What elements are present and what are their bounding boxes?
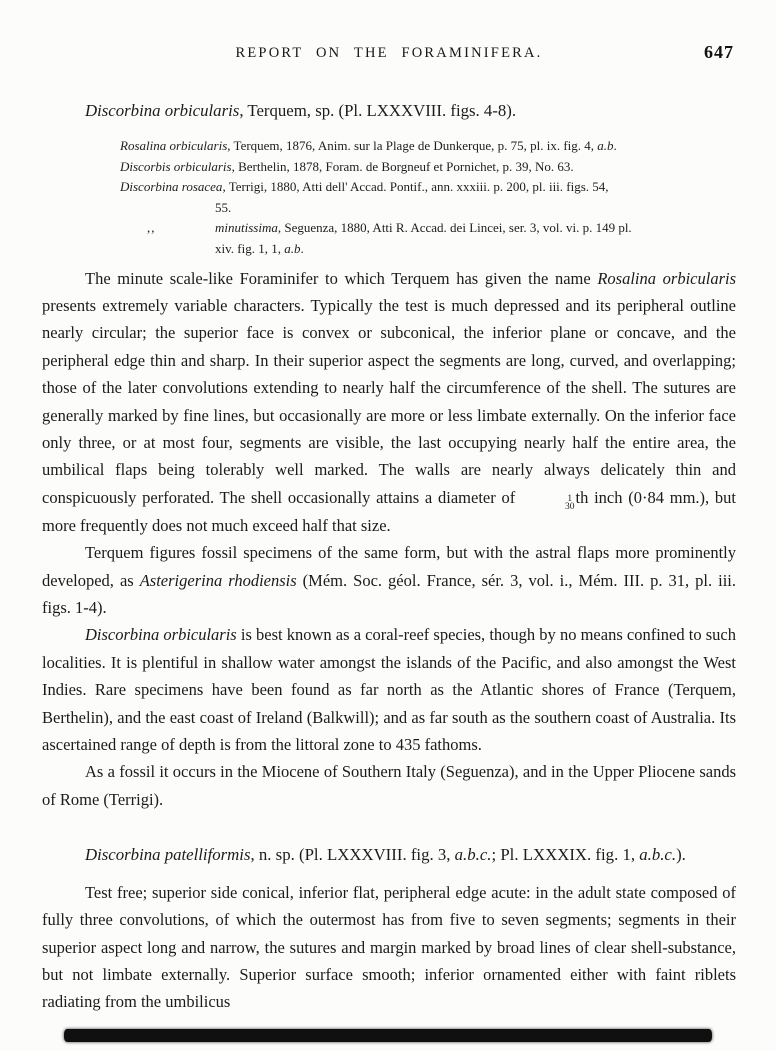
scanned-book-page: REPORT ON THE FORAMINIFERA. 647 Discorbi…	[0, 0, 776, 1050]
paragraph: Terquem figures fossil specimens of the …	[42, 539, 736, 621]
species-heading-orbicularis: Discorbina orbicularis, Terquem, sp. (Pl…	[42, 98, 736, 124]
synonymy-line: Discorbis orbicularis, Berthelin, 1878, …	[42, 157, 736, 178]
synonymy-line: 55.	[42, 198, 736, 219]
text-block: REPORT ON THE FORAMINIFERA. 647 Discorbi…	[42, 0, 736, 1016]
running-title: REPORT ON THE FORAMINIFERA.	[42, 45, 736, 62]
species-heading-patelliformis: Discorbina patelliformis, n. sp. (Pl. LX…	[42, 841, 736, 868]
synonymy-line: ,,minutissima, Seguenza, 1880, Atti R. A…	[42, 218, 736, 239]
page-number: 647	[704, 42, 734, 63]
paragraph: Test free; superior side conical, inferi…	[42, 879, 736, 1016]
description-patelliformis: Test free; superior side conical, inferi…	[42, 879, 736, 1016]
synonymy-list: Rosalina orbicularis, Terquem, 1876, Ani…	[42, 136, 736, 260]
paragraph: As a fossil it occurs in the Miocene of …	[42, 758, 736, 813]
running-head: REPORT ON THE FORAMINIFERA. 647	[42, 45, 736, 67]
paragraph: Discorbina orbicularis is best known as …	[42, 621, 736, 758]
synonymy-line: Discorbina rosacea, Terrigi, 1880, Atti …	[42, 177, 736, 198]
scan-artifact-bar	[64, 1029, 712, 1042]
synonymy-line: xiv. fig. 1, 1, a.b.	[42, 239, 736, 260]
description-orbicularis: The minute scale-like Foraminifer to whi…	[42, 265, 736, 814]
synonymy-line: Rosalina orbicularis, Terquem, 1876, Ani…	[42, 136, 736, 157]
fraction: 130	[522, 495, 575, 512]
paragraph: The minute scale-like Foraminifer to whi…	[42, 265, 736, 540]
